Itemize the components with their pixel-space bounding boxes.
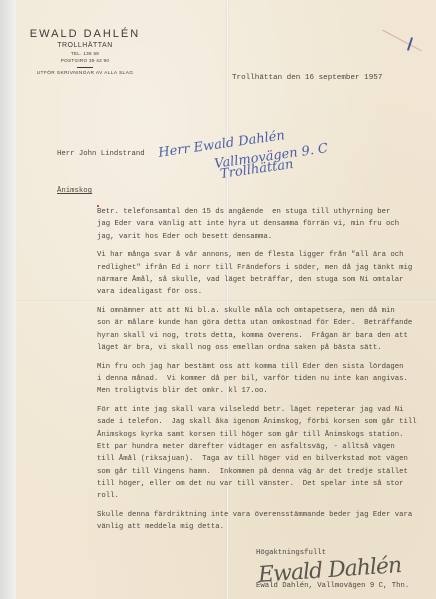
recipient-place: Ånimskog [57, 185, 145, 197]
letterhead-divider [77, 67, 93, 68]
letterhead-name: EWALD DAHLÉN [20, 28, 150, 40]
letterhead-city: TROLLHÄTTAN [20, 42, 150, 49]
letter-body: Betr. telefonsamtal den 15 ds angående e… [97, 206, 427, 540]
letterhead-tagline: UTFÖR SKRIVNINGAR AV ALLA SLAG [20, 71, 150, 76]
letterhead: EWALD DAHLÉN TROLLHÄTTAN TEL. 136 58 POS… [20, 28, 150, 76]
recipient-block: Herr John Lindstrand Ånimskog [57, 123, 145, 210]
closing-salutation: Högaktningsfullt [256, 549, 326, 557]
scan-margin [0, 0, 16, 599]
body-paragraph: För att inte jag skall vara vilseledd be… [97, 404, 427, 502]
recipient-name: Herr John Lindstrand [57, 148, 145, 160]
body-paragraph: Vi har många svar å vår annons, men de f… [97, 249, 427, 298]
body-paragraph: Min fru och jag har bestämt oss att komm… [97, 361, 427, 398]
sender-address-line: Ewald Dahlén, Vallmovägen 9 C, Thn. [256, 582, 409, 590]
body-paragraph: Betr. telefonsamtal den 15 ds angående e… [97, 206, 427, 243]
date-line: Trollhättan den 16 september 1957 [232, 72, 382, 84]
letterhead-phone: TEL. 136 58 [20, 51, 150, 56]
body-paragraph: Skulle denna färdriktning inte vara över… [97, 509, 427, 534]
body-paragraph: Ni omnämner att att Ni bl.a. skulle måla… [97, 305, 427, 354]
letterhead-postgiro: POSTGIRO 39 42 90 [20, 58, 150, 63]
